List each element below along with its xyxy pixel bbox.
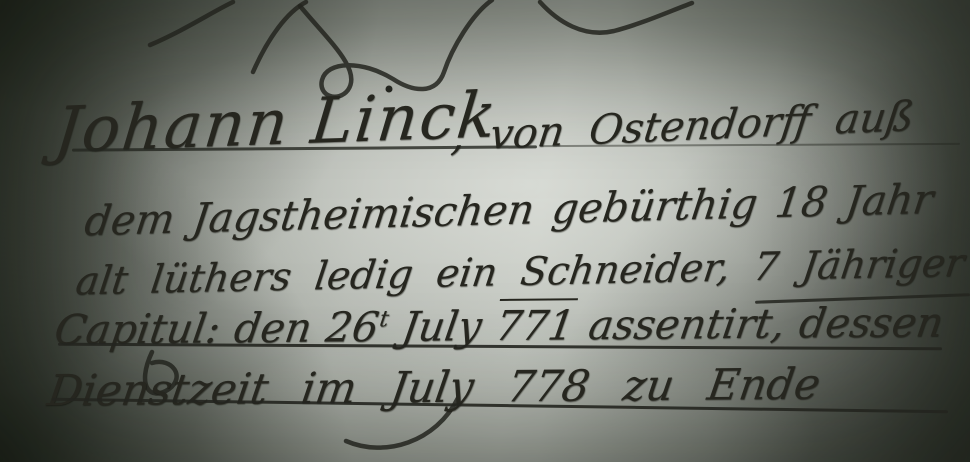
manuscript-line-2: dem Jagstheimischen gebürthig 18 Jahr (82, 175, 936, 245)
line-3-emphasis: 7 Jähriger (751, 241, 967, 291)
line-4-text-end: assentirt, dessen (571, 298, 947, 349)
line-4-year: 771 (493, 298, 579, 350)
manuscript-line-1-name: Johann Linck (51, 78, 501, 167)
ink-layer: Johann Linck , von Ostendorff auß dem Ja… (0, 0, 970, 462)
manuscript-line-3: alt lüthers ledig ein Schneider, 7 Jähri… (73, 241, 967, 305)
manuscript-photo: Johann Linck , von Ostendorff auß dem Ja… (0, 0, 970, 462)
cutoff-descender-stroke (253, 2, 306, 72)
cutoff-descender-stroke (540, 2, 692, 33)
line-3-text: alt lüthers ledig ein Schneider, (73, 246, 733, 305)
manuscript-line-1-rest: , von Ostendorff auß (449, 92, 917, 160)
cutoff-descender-stroke (150, 2, 233, 45)
